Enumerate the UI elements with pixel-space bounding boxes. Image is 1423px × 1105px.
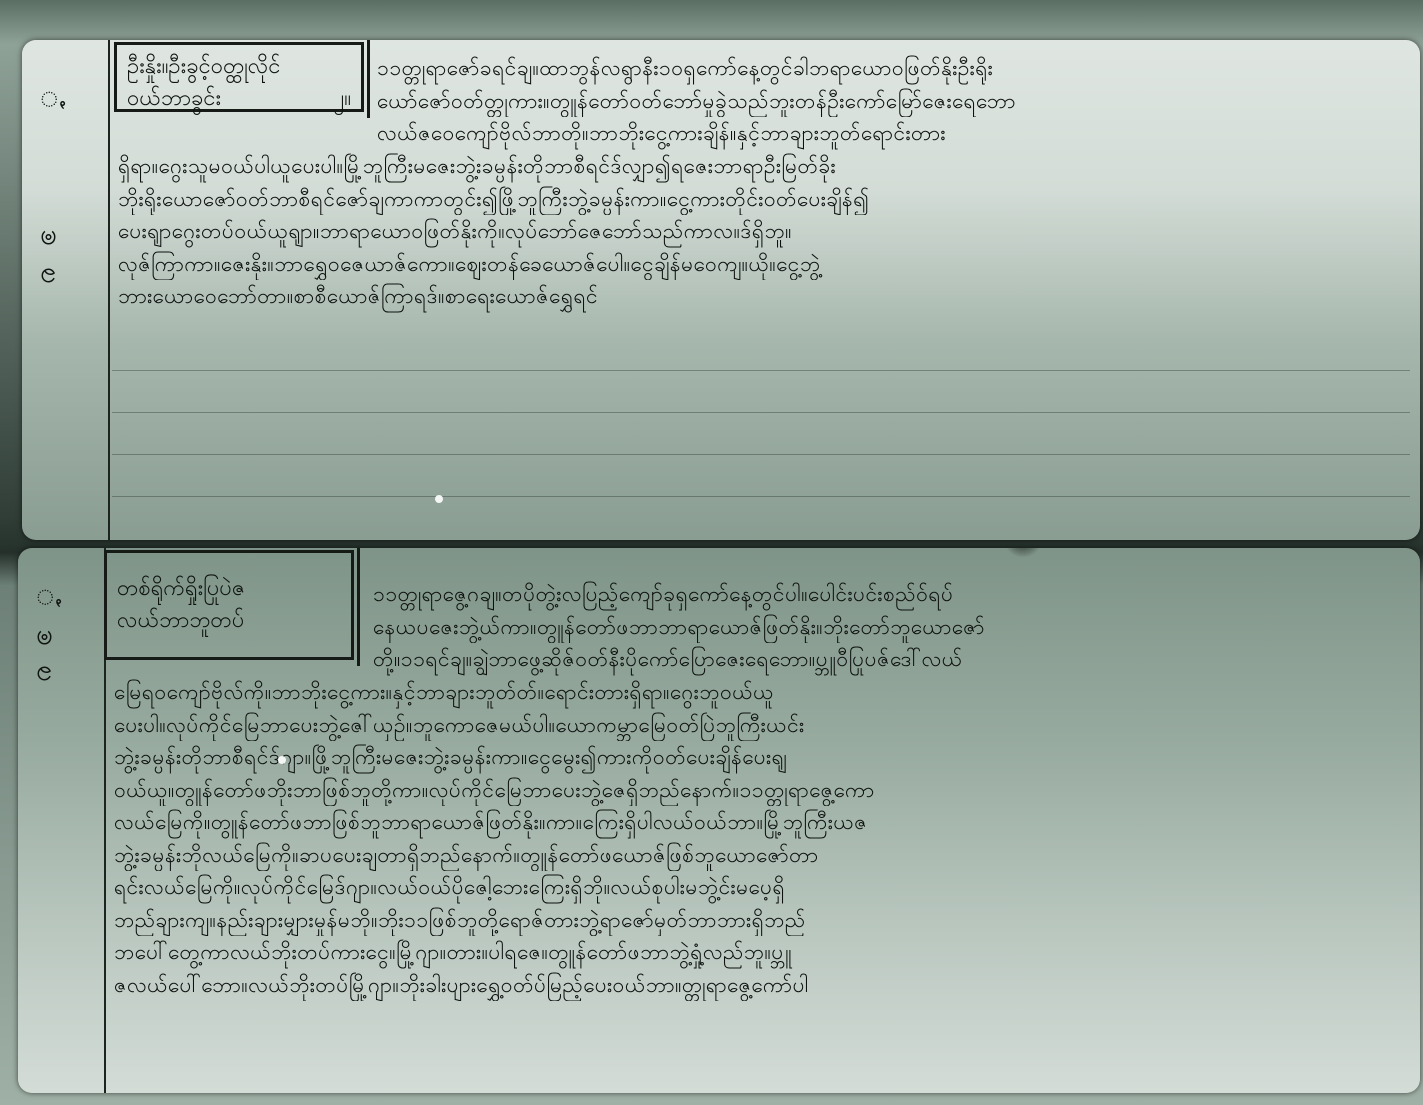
text-line: ဇလယ်ပေါ်ဘော။လယ်ဘိုးတပ်မြို့ဂျာ။ဘိုးခါးပျ…	[114, 969, 1404, 1002]
margin-column: ꩻ ၑ ၔ	[18, 548, 106, 1093]
folio-number: ၂။	[334, 83, 351, 115]
text-block-bottom-main: မြေရဝကျော်ဗိုလ်ကို။ဘာဘိုးငွေ့ကား။နှင့်ဘာ…	[114, 676, 1404, 1001]
heading-line-1: တစ်ရိုက်ရှိုးပြုပဲဇ	[117, 573, 341, 605]
text-line: ဘပေါ်တွေ့ကာလယ်ဘိုးတပ်ကားငွေ။မြို့ဂျာ။တား…	[114, 936, 1404, 969]
margin-mark-numeral: ၔ	[40, 258, 57, 288]
text-line: ဘွဲ့းခမ္ပန်းဘိုလယ်မြေကို။ခာပပေးချတာရှိဘည…	[114, 839, 1404, 872]
text-line: မြေရဝကျော်ဗိုလ်ကို။ဘာဘိုးငွေ့ကား။နှင့်ဘာ…	[114, 676, 1404, 709]
margin-mark-numeral: ၔ	[36, 656, 53, 686]
heading-line-2-left: ဝယ်ဘာခွင်း	[127, 83, 221, 115]
text-line: ပေးရျာဂွေးတပ်ဝယ်ယူရျာ။ဘာရာယောဝဖြတ်နိုးကိ…	[118, 215, 1408, 248]
text-line: ဘွဲ့းခမ္ပန်းတိုဘာစီရင်ဒ်ဂျာ။ဖြို့ဘူကြီးမ…	[114, 741, 1404, 774]
paper-speck	[278, 756, 286, 764]
text-line: နေယပဇေးဘွဲ့ယ်ကာ။တွူန်တော်ဖဘာဘာရာယောဇ်ဖြတ…	[373, 611, 1403, 644]
text-block-bottom-right: ၁၁တ္တုရာဇွေ့ဂချ။တပိုတွဲ့းလပြည့်ကျော်ခုရှ…	[373, 578, 1403, 676]
margin-mark-symbol: ꩻ	[36, 580, 62, 610]
text-line: ဘိုးရိုးယောဇော်ဝတ်ဘာစီရင်ဇော်ချကာကာတွင်း…	[118, 183, 1408, 216]
manuscript-leaf-top: ꩻ ၑ ၔ ဦးနှိုး။ဦးခွင့်ဝတ္ထုလိုင် ဝယ်ဘာခွင…	[22, 40, 1420, 540]
ruled-line	[112, 412, 1410, 413]
text-line: တို့။၁၁ရင်ချ။ချွဲဘာဖွေ့ဆိုဇ်ဝတ်နီးပိုကော…	[373, 643, 1403, 676]
text-line: ရင်းလယ်မြေကို။လုပ်ကိုင်မြေဒ်ဂျာ။လယ်ဝယ်ပိ…	[114, 871, 1404, 904]
manuscript-leaf-bottom: ꩻ ၑ ၔ တစ်ရိုက်ရှိုးပြုပဲဇ လယ်ဘာဘူတပ် ၁၁တ…	[18, 548, 1420, 1093]
text-block-top-right: ၁၁တ္တုရာဇော်ခရင်ချ။ထာဘွန်လရွာနီး၁၀ရှကော်…	[377, 52, 1407, 150]
text-line: လယ်မြေကို။တွူန်တော်ဖဘာဖြစ်ဘူဘာရာယောဇ်ဖြတ…	[114, 806, 1404, 839]
text-line: လုဇ်ကြာကာ။ဇေးနိုး။ဘာရွှေဝဇေယာဇ်ကော။ဈေးတန…	[118, 248, 1408, 281]
text-line: ရှိရာ။ဂွေးသူမဝယ်ပါယူပေးပါ။မြို့ဘူကြီးမဇေ…	[118, 150, 1408, 183]
text-line: ဝယ်ယူ။တွူန်တော်ဖဘိုးဘာဖြစ်ဘူတို့ကာ။လုပ်က…	[114, 774, 1404, 807]
text-block-top-main: ရှိရာ။ဂွေးသူမဝယ်ပါယူပေးပါ။မြို့ဘူကြီးမဇေ…	[118, 150, 1408, 313]
heading-line-2: ဝယ်ဘာခွင်း ၂။	[127, 83, 351, 115]
heading-box: ဦးနှိုး။ဦးခွင့်ဝတ္ထုလိုင် ဝယ်ဘာခွင်း ၂။	[114, 42, 364, 112]
text-line: ပေးပါ။လုပ်ကိုင်မြေဘာပေးဘွဲ့ဇေါ်ယှဉ်။ဘူကေ…	[114, 709, 1404, 742]
text-line: ဘည်ချားကျ။နည်းချားမျှားမှုန်မဘို။ဘိုး၁၁ဖ…	[114, 904, 1404, 937]
ruled-line	[112, 454, 1410, 455]
text-line: ၁၁တ္တုရာဇွေ့ဂချ။တပိုတွဲ့းလပြည့်ကျော်ခုရှ…	[373, 578, 1403, 611]
text-line: ယော်ဇော်ဝတ်တ္တုကား။တွူန်တော်ဝတ်ဘော်မှုခွ…	[377, 85, 1407, 118]
ruled-line	[112, 370, 1410, 371]
text-line: ဘားယောဝေဘော်တာ။စာစီယောဇ်ကြာရဒ်။စာရေးယောဇ…	[118, 280, 1408, 313]
heading-box: တစ်ရိုက်ရှိုးပြုပဲဇ လယ်ဘာဘူတပ်	[104, 550, 354, 660]
paper-speck	[435, 495, 443, 503]
margin-mark-numeral: ၑ	[36, 620, 53, 650]
ink-stain	[1003, 548, 1043, 558]
ruled-line	[112, 496, 1410, 497]
heading-line-1: ဦးနှိုး။ဦးခွင့်ဝတ္ထုလိုင်	[127, 51, 351, 83]
text-line: ၁၁တ္တုရာဇော်ခရင်ချ။ထာဘွန်လရွာနီး၁၀ရှကော်…	[377, 52, 1407, 85]
heading-line-2-left: လယ်ဘာဘူတပ်	[117, 605, 244, 637]
margin-column: ꩻ ၑ ၔ	[22, 40, 110, 540]
margin-mark-symbol: ꩻ	[40, 82, 66, 112]
margin-mark-numeral: ၑ	[40, 220, 57, 250]
text-line: လယ်ဇဝေကျော်ဗိုလ်ဘာတို။ဘာဘိုးငွေ့ကားချိန်…	[377, 117, 1407, 150]
heading-line-2: လယ်ဘာဘူတပ်	[117, 605, 341, 637]
